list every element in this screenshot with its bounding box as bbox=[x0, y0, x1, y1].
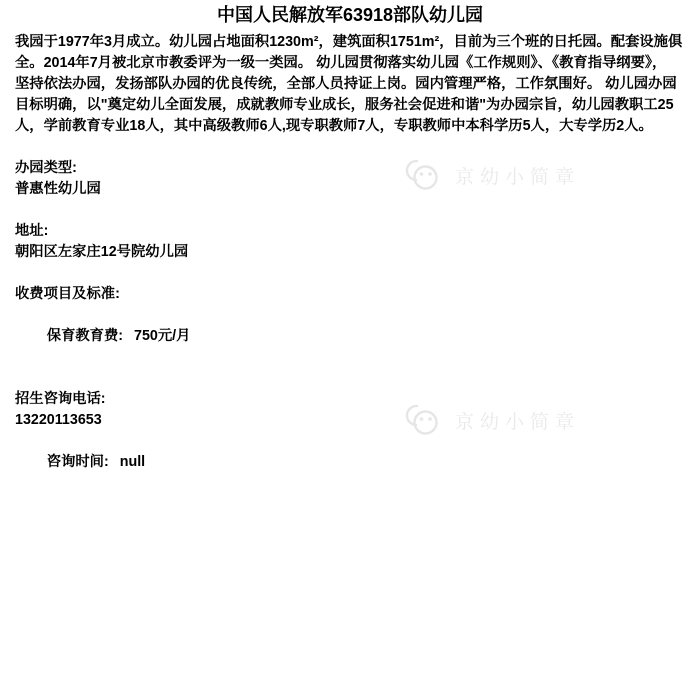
section-address-label: 地址: bbox=[15, 221, 688, 242]
section-address: 地址: 朝阳区左家庄12号院幼儿园 bbox=[15, 221, 688, 263]
section-address-value: 朝阳区左家庄12号院幼儿园 bbox=[15, 242, 688, 263]
intro-line: 坚持依法办园，发扬部队办园的优良传统，全部人员持证上岗。园内管理严格，工作氛围好… bbox=[15, 74, 688, 95]
blank-line bbox=[15, 368, 688, 389]
fee-item-label: 保育教育费: bbox=[47, 328, 123, 344]
intro-line: 目标明确，以"奠定幼儿全面发展，成就教师专业成长，服务社会促进和谐"为办园宗旨，… bbox=[15, 95, 688, 116]
intro-line: 我园于1977年3月成立。幼儿园占地面积1230m²，建筑面积1751m²，目前… bbox=[15, 32, 688, 53]
section-contact-label: 招生咨询电话: bbox=[15, 389, 688, 410]
section-contact: 招生咨询电话: 13220113653 咨询时间:null bbox=[15, 389, 688, 494]
intro-paragraph: 我园于1977年3月成立。幼儿园占地面积1230m²，建筑面积1751m²，目前… bbox=[15, 32, 688, 137]
consult-hours-value: null bbox=[120, 454, 145, 470]
phone-number: 13220113653 bbox=[15, 410, 688, 431]
section-type-label: 办园类型: bbox=[15, 158, 688, 179]
section-type-value: 普惠性幼儿园 bbox=[15, 179, 688, 200]
document-body: 我园于1977年3月成立。幼儿园占地面积1230m²，建筑面积1751m²，目前… bbox=[0, 32, 700, 494]
page-title: 中国人民解放军63918部队幼儿园 bbox=[0, 0, 700, 26]
document-page: 中国人民解放军63918部队幼儿园 我园于1977年3月成立。幼儿园占地面积12… bbox=[0, 0, 700, 700]
consult-hours-label: 咨询时间: bbox=[47, 454, 109, 470]
fee-item-value: 750元/月 bbox=[134, 328, 190, 344]
fee-item: 保育教育费:750元/月 bbox=[15, 305, 688, 368]
section-type: 办园类型: 普惠性幼儿园 bbox=[15, 158, 688, 200]
section-fees-label: 收费项目及标准: bbox=[15, 284, 688, 305]
intro-line: 人，学前教育专业18人，其中高级教师6人,现专职教师7人，专职教师中本科学历5人… bbox=[15, 116, 688, 137]
blank-line bbox=[15, 137, 688, 158]
section-fees: 收费项目及标准: 保育教育费:750元/月 bbox=[15, 284, 688, 368]
blank-line bbox=[15, 200, 688, 221]
consult-hours: 咨询时间:null bbox=[15, 431, 688, 494]
blank-line bbox=[15, 263, 688, 284]
intro-line: 全。2014年7月被北京市教委评为一级一类园。 幼儿园贯彻落实幼儿园《工作规则》… bbox=[15, 53, 688, 74]
